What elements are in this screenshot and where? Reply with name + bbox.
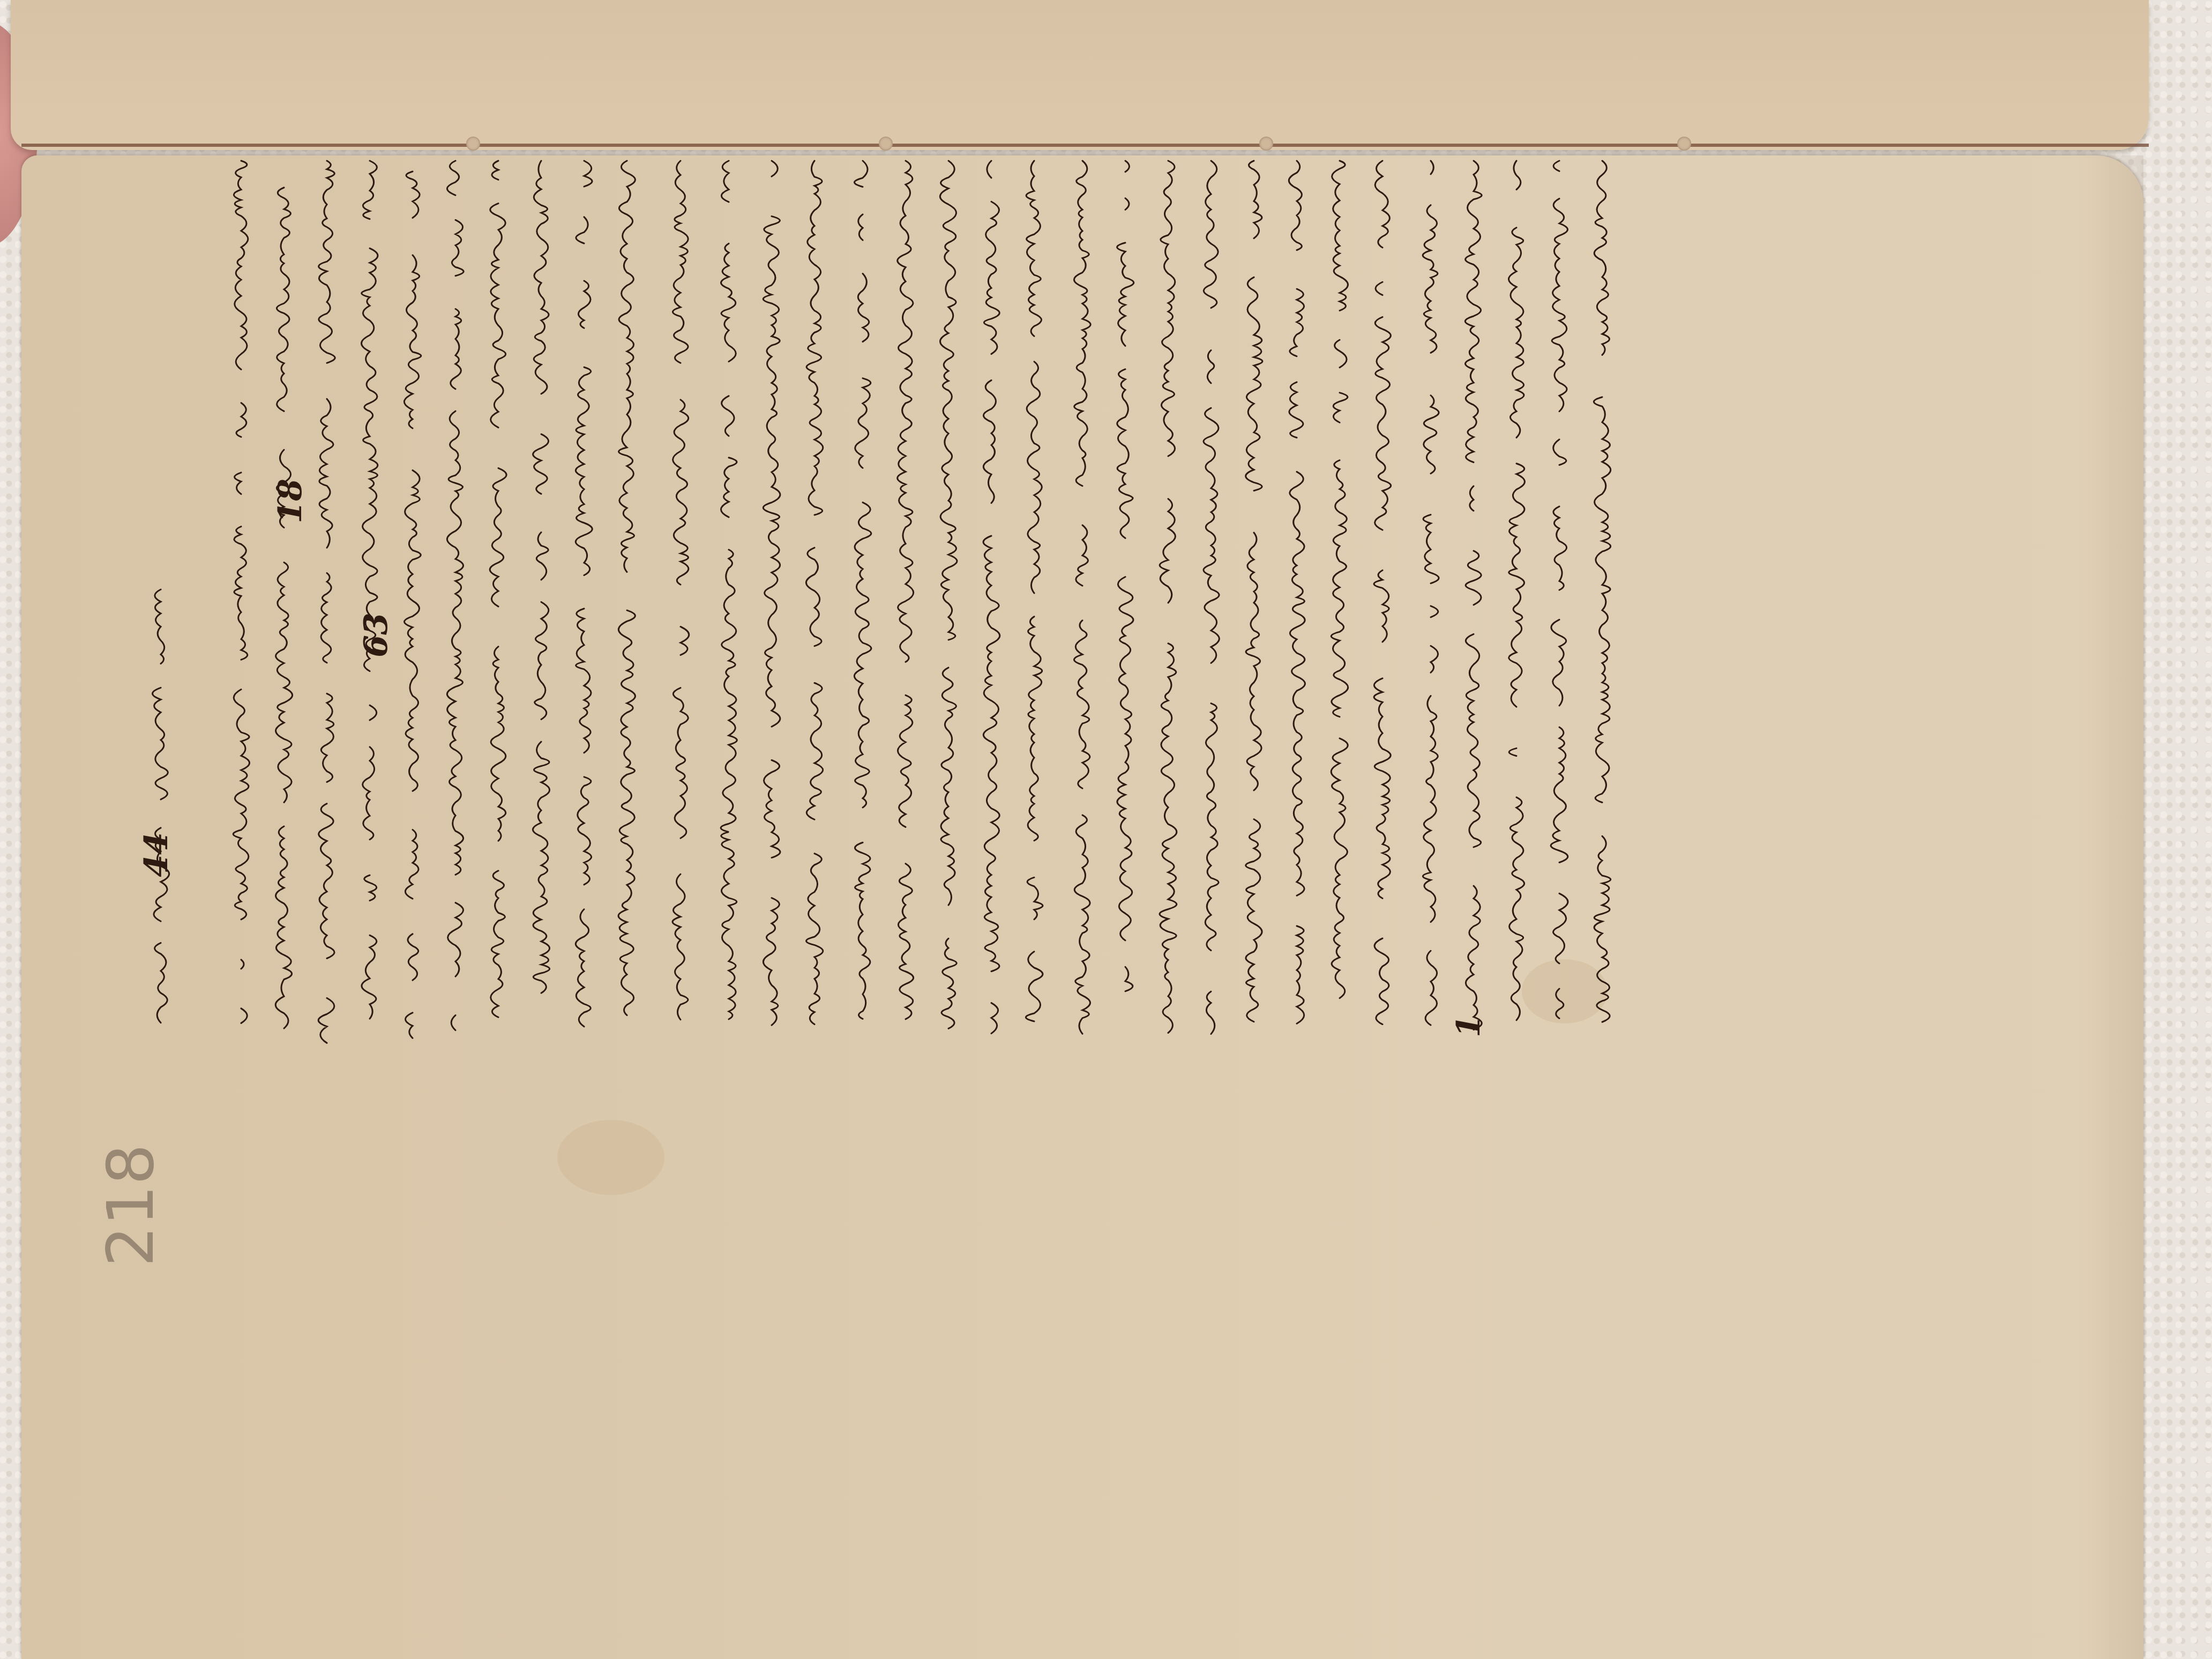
text-line <box>1415 161 1447 1018</box>
text-line <box>1018 161 1050 1018</box>
text-line <box>1195 161 1227 1018</box>
text-line <box>975 161 1007 1018</box>
text-line <box>354 161 386 1007</box>
paper-stain <box>557 1120 664 1195</box>
book-gutter <box>21 144 2149 147</box>
text-line <box>756 161 788 1018</box>
text-line <box>664 161 697 1013</box>
numeral: 63 <box>357 612 395 657</box>
binding-stitch <box>1677 137 1691 151</box>
text-line <box>1324 161 1356 1018</box>
text-line <box>1543 161 1575 1018</box>
text-line <box>397 171 429 1029</box>
text-line <box>1458 161 1490 1018</box>
text-line <box>568 161 600 1018</box>
text-line <box>890 161 922 1018</box>
binding-stitch <box>1259 137 1273 151</box>
numeral: 44 <box>138 832 175 877</box>
text-line <box>145 589 177 1018</box>
text-line <box>713 161 745 1018</box>
text-line <box>1152 161 1184 1018</box>
text-line <box>932 161 965 1018</box>
text-line <box>439 161 472 1018</box>
text-line <box>525 161 557 1018</box>
text-line <box>1586 161 1618 1018</box>
text-line <box>1366 161 1399 1018</box>
text-line <box>268 188 300 1018</box>
text-line <box>311 161 343 1029</box>
text-line <box>847 161 879 1018</box>
text-line <box>1066 161 1098 1018</box>
facing-page-top <box>11 0 2149 150</box>
text-line <box>482 161 514 1013</box>
binding-stitch <box>879 137 893 151</box>
binding-stitch <box>466 137 480 151</box>
text-line <box>1281 161 1313 1018</box>
numeral: 18 <box>272 479 309 524</box>
numeral: 1 <box>1450 1015 1488 1037</box>
pencil-page-number: 218 <box>94 1144 168 1267</box>
text-line <box>225 161 257 1018</box>
text-line <box>1109 161 1141 1018</box>
text-line <box>1238 161 1270 1018</box>
text-line <box>798 161 831 1018</box>
text-line <box>1500 161 1533 1018</box>
text-line <box>611 161 643 1007</box>
